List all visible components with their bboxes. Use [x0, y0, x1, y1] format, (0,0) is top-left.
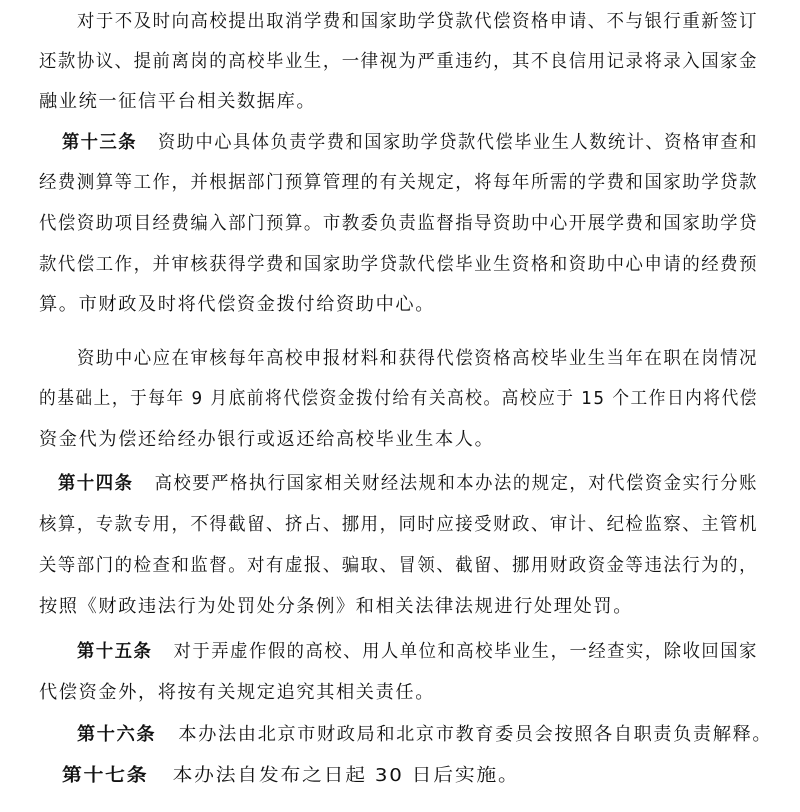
text-line: 资助中心应在审核每年高校申报材料和获得代偿资格高校毕业生当年在职在岗情况 [77, 347, 758, 371]
text-line: 算。市财政及时将代偿资金拨付给资助中心。 [39, 293, 435, 317]
text-line: 对于不及时向高校提出取消学费和国家助学贷款代偿资格申请、不与银行重新签订 [77, 10, 758, 34]
article-line: 第十七条本办法自发布之日起 30 日后实施。 [62, 764, 520, 788]
text-line: 经费测算等工作，并根据部门预算管理的有关规定，将每年所需的学费和国家助学贷款 [39, 171, 758, 195]
article-line: 第十四条高校要严格执行国家相关财经法规和本办法的规定，对代偿资金实行分账 [58, 472, 758, 496]
text-line: 代偿资金外，将按有关规定追究其相关责任。 [39, 681, 435, 705]
text-line: 融业统一征信平台相关数据库。 [39, 90, 316, 114]
text-line: 按照《财政违法行为处罚处分条例》和相关法律法规进行处理处罚。 [39, 595, 633, 619]
article-number: 第十四条 [58, 473, 133, 494]
line-text: 关等部门的检查和监督。对有虚报、骗取、冒领、截留、挪用财政资金等违法行为的， [39, 555, 758, 576]
line-text: 经费测算等工作，并根据部门预算管理的有关规定，将每年所需的学费和国家助学贷款 [39, 172, 758, 193]
line-text: 按照《财政违法行为处罚处分条例》和相关法律法规进行处理处罚。 [39, 596, 633, 617]
text-line: 核算，专款专用，不得截留、挤占、挪用，同时应接受财政、审计、纪检监察、主管机 [39, 513, 758, 537]
line-text: 代偿资助项目经费编入部门预算。市教委负责监督指导资助中心开展学费和国家助学贷 [39, 213, 758, 234]
line-text: 核算，专款专用，不得截留、挤占、挪用，同时应接受财政、审计、纪检监察、主管机 [39, 514, 758, 535]
line-text: 高校要严格执行国家相关财经法规和本办法的规定，对代偿资金实行分账 [155, 473, 758, 494]
text-line: 资金代为偿还给经办银行或返还给高校毕业生本人。 [39, 428, 494, 452]
line-text: 代偿资金外，将按有关规定追究其相关责任。 [39, 682, 435, 703]
line-text: 融业统一征信平台相关数据库。 [39, 91, 316, 112]
article-number: 第十五条 [77, 641, 152, 662]
line-text: 本办法由北京市财政局和北京市教育委员会按照各自职责负责解释。 [178, 724, 772, 745]
line-text: 款代偿工作，并审核获得学费和国家助学贷款代偿毕业生资格和资助中心申请的经费预 [39, 254, 758, 275]
line-text: 本办法自发布之日起 30 日后实施。 [173, 765, 520, 786]
line-text: 算。市财政及时将代偿资金拨付给资助中心。 [39, 294, 435, 315]
line-text: 的基础上，于每年 9 月底前将代偿资金拨付给有关高校。高校应于 15 个工作日内… [39, 388, 758, 409]
article-line: 第十六条本办法由北京市财政局和北京市教育委员会按照各自职责负责解释。 [77, 723, 772, 747]
article-line: 第十五条对于弄虚作假的高校、用人单位和高校毕业生，一经查实，除收回国家 [77, 640, 758, 664]
line-text: 资金代为偿还给经办银行或返还给高校毕业生本人。 [39, 429, 494, 450]
line-text: 资助中心具体负责学费和国家助学贷款代偿毕业生人数统计、资格审查和 [158, 132, 758, 153]
text-line: 的基础上，于每年 9 月底前将代偿资金拨付给有关高校。高校应于 15 个工作日内… [39, 387, 758, 411]
text-line: 还款协议、提前离岗的高校毕业生，一律视为严重违约，其不良信用记录将录入国家金 [39, 50, 758, 74]
article-number: 第十七条 [62, 765, 148, 786]
line-text: 对于弄虚作假的高校、用人单位和高校毕业生，一经查实，除收回国家 [174, 641, 758, 662]
text-line: 关等部门的检查和监督。对有虚报、骗取、冒领、截留、挪用财政资金等违法行为的， [39, 554, 758, 578]
article-number: 第十六条 [77, 724, 156, 745]
text-line: 款代偿工作，并审核获得学费和国家助学贷款代偿毕业生资格和资助中心申请的经费预 [39, 253, 758, 277]
text-line: 代偿资助项目经费编入部门预算。市教委负责监督指导资助中心开展学费和国家助学贷 [39, 212, 758, 236]
article-number: 第十三条 [62, 132, 137, 153]
line-text: 还款协议、提前离岗的高校毕业生，一律视为严重违约，其不良信用记录将录入国家金 [39, 51, 758, 72]
line-text: 对于不及时向高校提出取消学费和国家助学贷款代偿资格申请、不与银行重新签订 [77, 11, 758, 32]
line-text: 资助中心应在审核每年高校申报材料和获得代偿资格高校毕业生当年在职在岗情况 [77, 348, 758, 369]
article-line: 第十三条资助中心具体负责学费和国家助学贷款代偿毕业生人数统计、资格审查和 [62, 131, 758, 155]
